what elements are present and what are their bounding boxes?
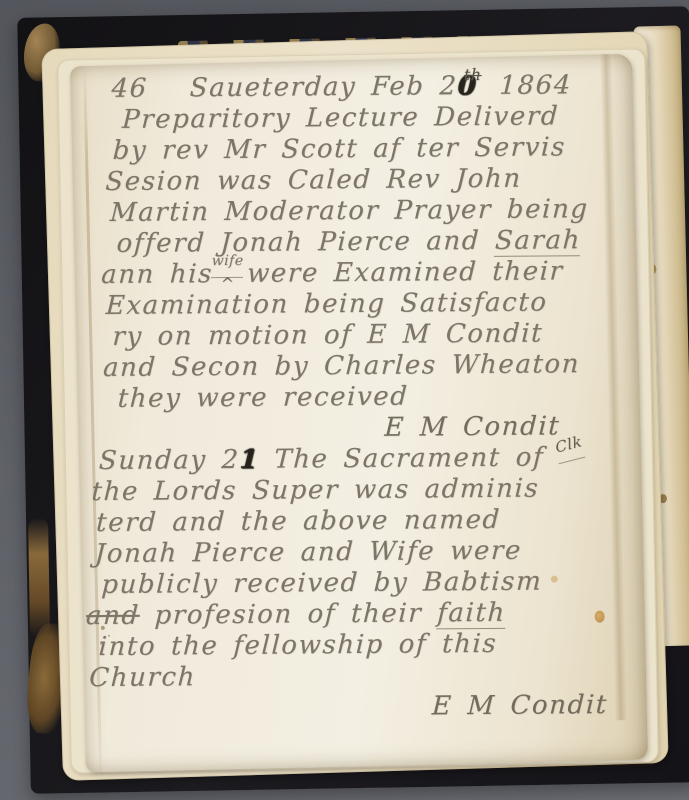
heading-date-text: Saueterday Feb 2 xyxy=(189,71,458,104)
manuscript-line: Preparitory Lecture Deliverd xyxy=(107,101,636,136)
line-text: The Sacrament of xyxy=(274,443,545,475)
heading-year: 1864 xyxy=(499,70,573,102)
line-text: were Examined their xyxy=(246,256,564,288)
manuscript-line: they were received xyxy=(95,380,624,415)
line-text: profesion of their xyxy=(154,598,423,630)
manuscript-line: Church xyxy=(83,659,612,694)
caret-icon: ^ xyxy=(220,268,236,299)
photo-backdrop: 46 Saueterday Feb 2 0 th 1864 Preparitor… xyxy=(0,0,689,800)
manuscript-line: offerd Jonah Pierce and Sarah xyxy=(102,225,631,260)
manuscript-line: ry on motion of E M Condit xyxy=(98,318,627,353)
page-number: 46 xyxy=(111,74,149,105)
manuscript-line: and profesion of their faith xyxy=(85,597,614,632)
manuscript-line: and Secon by Charles Wheaton xyxy=(96,349,625,384)
insertion-mark: wife^ xyxy=(213,272,247,282)
manuscript-line: by rev Mr Scott af ter Servis xyxy=(106,132,635,167)
manuscript-line: the Lords Super was adminis xyxy=(91,473,620,508)
manuscript-line: into the fellowship of this xyxy=(84,628,613,663)
line-text: ann his xyxy=(101,259,214,290)
manuscript-line: Jonah Pierce and Wife were xyxy=(88,535,617,570)
manuscript-line: publicly received by Babtism xyxy=(87,566,616,601)
struck-word: and xyxy=(85,601,140,631)
cover-edge-wear-left xyxy=(28,517,50,637)
manuscript-page: 46 Saueterday Feb 2 0 th 1864 Preparitor… xyxy=(70,54,648,773)
underlined-name: Sarah xyxy=(494,225,581,257)
clerk-signature: E M Condit xyxy=(94,411,623,446)
manuscript-line: Examination being Satisfacto xyxy=(99,287,628,322)
underlined-word: faith xyxy=(436,598,506,630)
manuscript-text: 46 Saueterday Feb 2 0 th 1864 Preparitor… xyxy=(81,70,638,725)
line-text: offerd Jonah Pierce and xyxy=(116,226,481,259)
ink-blot-day-digit: 1 xyxy=(239,445,260,475)
line-text: Sunday 2 xyxy=(98,445,240,476)
manuscript-line: terd and the above named xyxy=(89,504,618,539)
manuscript-line: Martin Moderator Prayer being xyxy=(103,194,632,229)
manuscript-line: Sunday 21 The Sacrament of Clk xyxy=(92,442,621,477)
heading-line: 46 Saueterday Feb 2 0 th 1864 xyxy=(109,70,638,105)
manuscript-line: ann hiswife^were Examined their xyxy=(100,256,629,291)
manuscript-line: Sesion was Caled Rev John xyxy=(105,163,634,198)
clerk-signature: E M Condit xyxy=(81,690,610,725)
